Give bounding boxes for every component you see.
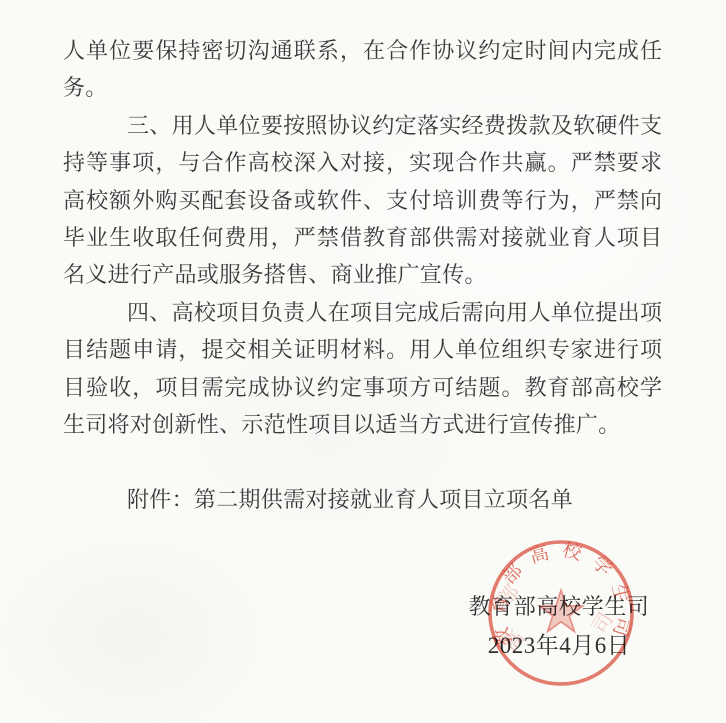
body-line: 目结题申请，提交相关证明材料。用人单位组织专家进行项 bbox=[63, 331, 662, 368]
body-text: 人单位要保持密切沟通联系，在合作协议约定时间内完成任 务。 三、用人单位要按照协… bbox=[63, 32, 662, 518]
body-line: 持等事项，与合作高校深入对接，实现合作共赢。严禁要求 bbox=[63, 144, 662, 181]
body-line: 目验收，项目需完成协议约定事项方可结题。教育部高校学 bbox=[63, 369, 662, 406]
body-line: 高校额外购买配套设备或软件、支付培训费等行为，严禁向 bbox=[63, 182, 662, 219]
body-line: 人单位要保持密切沟通联系，在合作协议约定时间内完成任 bbox=[63, 32, 662, 69]
body-line: 务。 bbox=[63, 69, 662, 106]
seal-star-icon bbox=[539, 590, 583, 632]
document-page: 人单位要保持密切沟通联系，在合作协议约定时间内完成任 务。 三、用人单位要按照协… bbox=[0, 0, 726, 723]
official-seal: 教育部高校学生司 部 高 司 bbox=[484, 536, 638, 690]
body-line: 三、用人单位要按照协议约定落实经费拨款及软硬件支 bbox=[63, 107, 662, 144]
body-line: 生司将对创新性、示范性项目以适当方式进行宣传推广。 bbox=[63, 406, 662, 443]
body-line: 毕业生收取任何费用，严禁借教育部供需对接就业育人项目 bbox=[63, 219, 662, 256]
body-line: 四、高校项目负责人在项目完成后需向用人单位提出项 bbox=[63, 294, 662, 331]
attachment-line: 附件：第二期供需对接就业育人项目立项名单 bbox=[63, 481, 662, 518]
body-line: 名义进行产品或服务搭售、商业推广宣传。 bbox=[63, 256, 662, 293]
